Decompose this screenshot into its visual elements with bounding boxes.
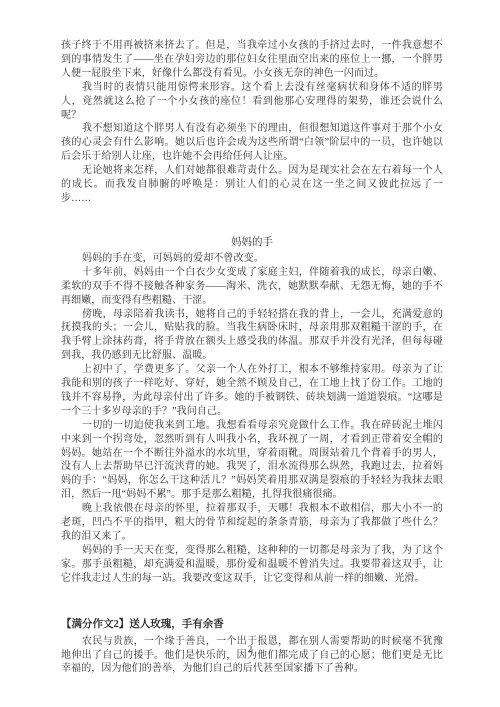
document-content: 孩子终于不用再被挤来挤去了。但是，当我牵过小女孩的手挤过去时，一件我意想不到的事…: [61, 39, 443, 676]
essay1-paragraph-continuation: 孩子终于不用再被挤来挤去了。但是，当我牵过小女孩的手挤过去时，一件我意想不到的事…: [61, 39, 443, 81]
essay1-paragraph: 我不想知道这个胖男人有没有必须坐下的理由，但很想知道这件事对于那个小女孩的心灵会…: [61, 122, 443, 164]
essay2-paragraph: 傍晚，母亲陪着我读书，她将自己的手轻轻搭在我的背上，一会儿，充满爱意的抚摸我的头…: [61, 308, 443, 364]
essay2-paragraph: 妈妈的手一天天在变，变得那么粗糙，这种种的一切都是母亲为了我，为了这个家。那手虽…: [61, 544, 443, 586]
essay2-paragraph: 晚上我依偎在母亲的怀里，拉着那双手，天哪！我根本不敢相信，那大小不一的老斑，凹凸…: [61, 502, 443, 544]
essay2-paragraph: 妈妈的手在变，可妈妈的爱却不曾改变。: [61, 252, 443, 266]
essay3-body: 农民与贵族，一个缘于善良，一个出于报恩，都在别人需要帮助的时候毫不犹豫地伸出了自…: [61, 635, 443, 677]
essay2-body: 妈妈的手在变，可妈妈的爱却不曾改变。 十多年前，妈妈由一个白衣少女变成了家庭主妇…: [61, 252, 443, 586]
essay1-paragraph: 我当时的表情只能用惊愕来形容。这个看上去没有丝毫病状和身体不适的胖男人，竟然就这…: [61, 81, 443, 123]
essay2-paragraph: 十多年前，妈妈由一个白衣少女变成了家庭主妇，伴随着我的成长，母亲白嫩、柔软的双手…: [61, 266, 443, 308]
essay3-paragraph: 农民与贵族，一个缘于善良，一个出于报恩，都在别人需要帮助的时候毫不犹豫地伸出了自…: [61, 635, 443, 677]
essay3-section-heading: 【满分作文2】送人玫瑰，手有余香: [61, 618, 443, 632]
essay2-title: 妈妈的手: [61, 236, 443, 250]
essay2-paragraph: 一切的一切迫使我来到工地。我想看看母亲究竟做什么工作。我在碎砖泥土堆闪中来到一个…: [61, 419, 443, 502]
essay1-body: 孩子终于不用再被挤来挤去了。但是，当我牵过小女孩的手挤过去时，一件我意想不到的事…: [61, 39, 443, 206]
essay1-paragraph: 无论她将来怎样，人们对她都很难苛责什么。因为是现实社会在左右着每一个人的成长。而…: [61, 164, 443, 206]
page-number: 2: [0, 643, 500, 655]
document-page: 孩子终于不用再被挤来挤去了。但是，当我牵过小女孩的手挤过去时，一件我意想不到的事…: [0, 0, 500, 707]
essay2-paragraph: 上初中了，学费更多了。父亲一个人在外打工，根本不够维持家用。母亲为了让我能和别的…: [61, 363, 443, 419]
